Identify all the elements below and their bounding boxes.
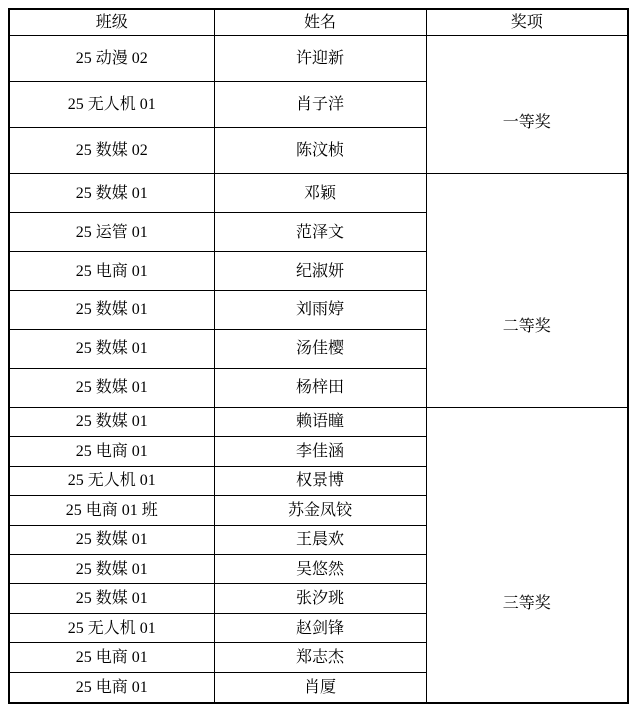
- name-cell: 苏金凤铰: [214, 496, 426, 525]
- name-cell: 肖厦: [214, 672, 426, 703]
- name-cell: 张汐珧: [214, 584, 426, 613]
- class-cell: 25 数媒 01: [9, 584, 214, 613]
- header-class: 班级: [9, 9, 214, 36]
- class-cell: 25 数媒 01: [9, 329, 214, 368]
- table-row: 25 动漫 02 许迎新 一等奖: [9, 36, 628, 82]
- class-cell: 25 电商 01: [9, 672, 214, 703]
- name-cell: 陈汶桢: [214, 128, 426, 174]
- header-name: 姓名: [214, 9, 426, 36]
- class-cell: 25 无人机 01: [9, 613, 214, 642]
- table-row: 25 数媒 01 赖语瞳 三等奖: [9, 407, 628, 436]
- name-cell: 肖子洋: [214, 82, 426, 128]
- name-cell: 刘雨婷: [214, 290, 426, 329]
- class-cell: 25 运管 01: [9, 213, 214, 252]
- header-award: 奖项: [426, 9, 628, 36]
- name-cell: 赵剑锋: [214, 613, 426, 642]
- class-cell: 25 数媒 01: [9, 525, 214, 554]
- name-cell: 赖语瞳: [214, 407, 426, 436]
- name-cell: 邓颖: [214, 174, 426, 213]
- class-cell: 25 数媒 01: [9, 407, 214, 436]
- class-cell: 25 数媒 01: [9, 174, 214, 213]
- header-row: 班级 姓名 奖项: [9, 9, 628, 36]
- class-cell: 25 动漫 02: [9, 36, 214, 82]
- class-cell: 25 数媒 01: [9, 554, 214, 583]
- name-cell: 杨梓田: [214, 368, 426, 407]
- name-cell: 汤佳樱: [214, 329, 426, 368]
- name-cell: 李佳涵: [214, 437, 426, 466]
- award-results-table: 班级 姓名 奖项 25 动漫 02 许迎新 一等奖 25 无人机 01 肖子洋 …: [8, 8, 629, 704]
- class-cell: 25 数媒 01: [9, 290, 214, 329]
- class-cell: 25 数媒 02: [9, 128, 214, 174]
- class-cell: 25 电商 01: [9, 643, 214, 672]
- award-cell-third-prize: 三等奖: [426, 407, 628, 703]
- name-cell: 许迎新: [214, 36, 426, 82]
- class-cell: 25 无人机 01: [9, 466, 214, 495]
- class-cell: 25 电商 01: [9, 252, 214, 291]
- name-cell: 范泽文: [214, 213, 426, 252]
- table-row: 25 数媒 01 邓颖 二等奖: [9, 174, 628, 213]
- class-cell: 25 无人机 01: [9, 82, 214, 128]
- name-cell: 吴悠然: [214, 554, 426, 583]
- name-cell: 权景博: [214, 466, 426, 495]
- name-cell: 郑志杰: [214, 643, 426, 672]
- award-cell-first-prize: 一等奖: [426, 36, 628, 174]
- class-cell: 25 电商 01: [9, 437, 214, 466]
- name-cell: 纪淑妍: [214, 252, 426, 291]
- award-cell-second-prize: 二等奖: [426, 174, 628, 407]
- name-cell: 王晨欢: [214, 525, 426, 554]
- class-cell: 25 数媒 01: [9, 368, 214, 407]
- class-cell: 25 电商 01 班: [9, 496, 214, 525]
